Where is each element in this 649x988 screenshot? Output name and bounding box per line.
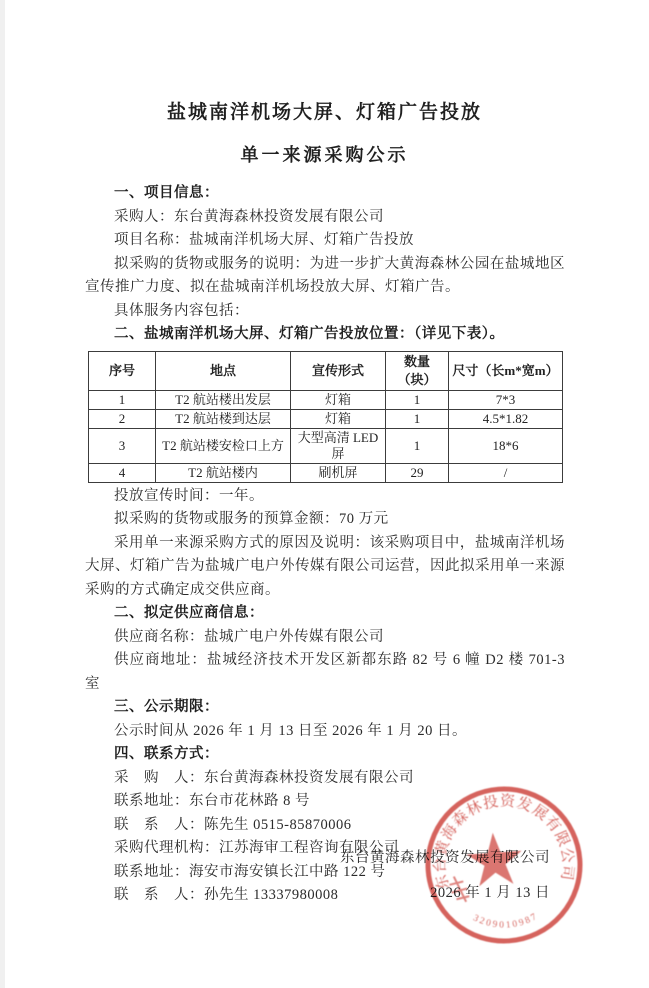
cell-seq: 2: [89, 409, 156, 428]
budget-line: 拟采购的货物或服务的预算金额：70 万元: [85, 508, 565, 532]
cell-quantity: 29: [386, 463, 449, 482]
cell-seq: 4: [89, 463, 156, 482]
contact-person-line: 联 系 人：陈先生 0515-85870006: [85, 814, 565, 838]
cell-quantity: 1: [386, 409, 449, 428]
cell-quantity: 1: [386, 390, 449, 409]
signature-date: 2026 年 1 月 13 日: [340, 884, 550, 902]
procurement-description: 拟采购的货物或服务的说明：为进一步扩大黄海森林公园在盐城地区宣传推广力度、拟在盐…: [85, 253, 565, 300]
table-row: 3 T2 航站楼安检口上方 大型高清 LED 屏 1 18*6: [89, 428, 563, 463]
placement-table: 序号 地点 宣传形式 数量（块） 尺寸（长m*宽m） 1 T2 航站楼出发层 灯…: [88, 351, 563, 483]
service-content-line: 具体服务内容包括：: [85, 300, 565, 324]
contact-heading: 四、联系方式：: [85, 743, 565, 767]
document-subtitle: 单一来源采购公示: [0, 141, 649, 167]
duration-line: 投放宣传时间：一年。: [85, 485, 565, 509]
cell-quantity: 1: [386, 428, 449, 463]
signature-company: 东台黄海森林投资发展有限公司: [340, 849, 550, 867]
cell-location: T2 航站楼到达层: [156, 409, 291, 428]
cell-format: 刷机屏: [291, 463, 386, 482]
table-header-format: 宣传形式: [291, 351, 386, 390]
page-edge-shadow: [0, 0, 5, 988]
contact-buyer-line: 采 购 人：东台黄海森林投资发展有限公司: [85, 767, 565, 791]
table-header-location: 地点: [156, 351, 291, 390]
cell-location: T2 航站楼内: [156, 463, 291, 482]
signature-block: 东台黄海森林投资发展有限公司 2026 年 1 月 13 日: [340, 849, 550, 902]
section1-heading: 一、项目信息：: [85, 182, 565, 206]
publicity-period-heading: 三、公示期限：: [85, 696, 565, 720]
document-page: 盐城南洋机场大屏、灯箱广告投放 单一来源采购公示 一、项目信息： 采购人：东台黄…: [0, 0, 649, 988]
cell-size: 7*3: [449, 390, 563, 409]
cell-format: 灯箱: [291, 390, 386, 409]
table-header-seq: 序号: [89, 351, 156, 390]
cell-location: T2 航站楼出发层: [156, 390, 291, 409]
seal-serial-text: 3209010987: [471, 909, 541, 933]
table-header-row: 序号 地点 宣传形式 数量（块） 尺寸（长m*宽m）: [89, 351, 563, 390]
document-title: 盐城南洋机场大屏、灯箱广告投放: [0, 0, 649, 124]
cell-seq: 1: [89, 390, 156, 409]
table-row: 4 T2 航站楼内 刷机屏 29 /: [89, 463, 563, 482]
supplier-address-line: 供应商地址：盐城经济技术开发区新都东路 82 号 6 幢 D2 楼 701-3 …: [85, 649, 565, 696]
cell-location: T2 航站楼安检口上方: [156, 428, 291, 463]
document-body: 一、项目信息： 采购人：东台黄海森林投资发展有限公司 项目名称：盐城南洋机场大屏…: [85, 182, 565, 908]
buyer-line: 采购人：东台黄海森林投资发展有限公司: [85, 206, 565, 230]
single-source-reason: 采用单一来源采购方式的原因及说明：该采购项目中，盐城南洋机场大屏、灯箱广告为盐城…: [85, 532, 565, 603]
supplier-info-heading: 二、拟定供应商信息：: [85, 602, 565, 626]
cell-size: /: [449, 463, 563, 482]
publicity-period-line: 公示时间从 2026 年 1 月 13 日至 2026 年 1 月 20 日。: [85, 720, 565, 744]
project-name-line: 项目名称：盐城南洋机场大屏、灯箱广告投放: [85, 229, 565, 253]
table-header-quantity: 数量（块）: [386, 351, 449, 390]
section2-heading: 二、盐城南洋机场大屏、灯箱广告投放位置：（详见下表）。: [85, 323, 565, 347]
contact-address-line: 联系地址：东台市花林路 8 号: [85, 790, 565, 814]
cell-size: 18*6: [449, 428, 563, 463]
table-header-size: 尺寸（长m*宽m）: [449, 351, 563, 390]
table-row: 1 T2 航站楼出发层 灯箱 1 7*3: [89, 390, 563, 409]
cell-size: 4.5*1.82: [449, 409, 563, 428]
cell-format: 灯箱: [291, 409, 386, 428]
cell-seq: 3: [89, 428, 156, 463]
table-row: 2 T2 航站楼到达层 灯箱 1 4.5*1.82: [89, 409, 563, 428]
cell-format: 大型高清 LED 屏: [291, 428, 386, 463]
supplier-name-line: 供应商名称：盐城广电户外传媒有限公司: [85, 626, 565, 650]
